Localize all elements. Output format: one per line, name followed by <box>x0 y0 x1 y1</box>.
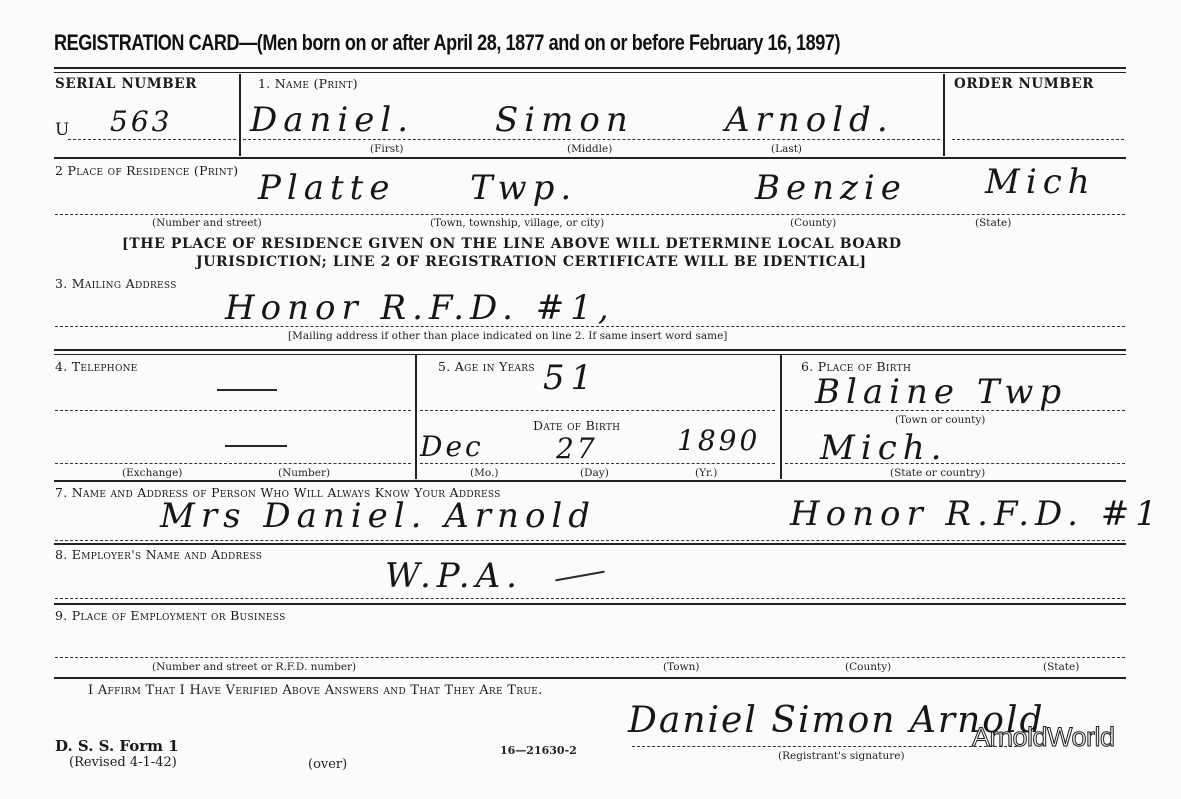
birthplace-town-value[interactable]: Blaine Twp <box>815 372 1067 412</box>
birthplace-state-value[interactable]: Mich. <box>820 428 947 468</box>
card-title: REGISTRATION CARD—(Men born on or after … <box>54 30 840 56</box>
residence-county-value[interactable]: Benzie <box>755 168 907 208</box>
over-label: (over) <box>308 757 347 772</box>
caption-year: (Yr.) <box>695 467 717 479</box>
employer-dash <box>555 571 605 582</box>
contact-name-value[interactable]: Mrs Daniel. Arnold <box>160 496 596 536</box>
row-rule <box>54 157 1126 159</box>
caption-month: (Mo.) <box>470 467 498 479</box>
caption-town: (Town, township, village, or city) <box>430 217 604 229</box>
dob-line <box>420 463 775 464</box>
age-line <box>420 410 775 411</box>
serial-prefix: U <box>55 120 70 140</box>
signature-line <box>632 746 1017 747</box>
caption-county: (County) <box>790 217 836 229</box>
caption-first: (First) <box>370 143 403 155</box>
dob-day-value[interactable]: 27 <box>556 432 598 465</box>
row-rule <box>54 603 1126 605</box>
row-rule <box>54 349 1126 351</box>
caption-street: (Number and street) <box>152 217 262 229</box>
serial-number-label: SERIAL NUMBER <box>55 76 197 92</box>
residence-street-value[interactable]: Platte <box>258 168 395 208</box>
mailing-line <box>55 326 1125 327</box>
employer-label: 8. Employer's Name and Address <box>55 547 262 562</box>
name-first-value[interactable]: Daniel. <box>250 100 414 140</box>
dob-year-value[interactable]: 1890 <box>677 424 760 457</box>
caption-state: (State) <box>975 217 1011 229</box>
birthplace-line-1 <box>785 410 1125 411</box>
contact-address-value[interactable]: Honor R.F.D. #1 <box>790 494 1163 534</box>
telephone-label: 4. Telephone <box>55 359 138 374</box>
caption-emp-state: (State) <box>1043 661 1079 673</box>
caption-emp-town: (Town) <box>663 661 699 673</box>
name-middle-value[interactable]: Simon <box>495 100 634 140</box>
residence-notice-2: JURISDICTION; LINE 2 OF REGISTRATION CER… <box>196 254 867 270</box>
caption-signature: (Registrant's signature) <box>778 750 905 762</box>
telephone-number-value[interactable] <box>225 445 287 447</box>
telephone-exchange-value[interactable] <box>217 389 277 391</box>
caption-birth-state: (State or country) <box>890 467 985 479</box>
order-number-line <box>952 139 1124 140</box>
row-rule <box>54 480 1126 482</box>
caption-exchange: (Exchange) <box>122 467 182 479</box>
residence-line <box>55 214 1125 215</box>
divider <box>943 74 945 156</box>
dob-month-value[interactable]: Dec <box>420 430 484 463</box>
print-code: 16—21630-2 <box>500 744 577 757</box>
mailing-address-label: 3. Mailing Address <box>55 276 177 291</box>
row-rule <box>54 677 1126 679</box>
residence-town-value[interactable]: Twp. <box>470 168 577 208</box>
employment-label: 9. Place of Employment or Business <box>55 608 286 623</box>
form-revised: (Revised 4-1-42) <box>55 755 179 770</box>
caption-birth-town: (Town or county) <box>895 414 985 426</box>
affirmation-text: I Affirm That I Have Verified Above Answ… <box>88 683 543 698</box>
name-label: 1. Name (Print) <box>258 76 358 91</box>
form-name: D. S. S. Form 1 <box>55 737 179 755</box>
name-last-value[interactable]: Arnold. <box>725 100 894 140</box>
residence-label: 2 Place of Residence (Print) <box>55 163 238 178</box>
mailing-address-value[interactable]: Honor R.F.D. #1, <box>225 288 615 328</box>
caption-last: (Last) <box>771 143 802 155</box>
employer-line <box>55 598 1125 599</box>
form-id-block: D. S. S. Form 1 (Revised 4-1-42) <box>55 737 179 770</box>
top-rule-inner <box>54 72 1126 73</box>
caption-day: (Day) <box>580 467 609 479</box>
serial-number-value[interactable]: 563 <box>110 105 172 138</box>
residence-notice-1: [THE PLACE OF RESIDENCE GIVEN ON THE LIN… <box>122 236 902 252</box>
employment-line <box>55 657 1125 658</box>
name-line <box>243 139 940 140</box>
divider <box>780 355 782 479</box>
employer-value[interactable]: W.P.A. <box>385 556 523 596</box>
top-rule <box>54 67 1126 69</box>
caption-number: (Number) <box>278 467 330 479</box>
telephone-line-1 <box>55 410 411 411</box>
caption-emp-county: (County) <box>845 661 891 673</box>
date-of-birth-label: Date of Birth <box>533 418 620 433</box>
age-value[interactable]: 51 <box>543 358 598 398</box>
residence-state-value[interactable]: Mich <box>985 162 1096 202</box>
telephone-line-2 <box>55 463 411 464</box>
caption-emp-street: (Number and street or R.F.D. number) <box>152 661 356 673</box>
contact-line <box>55 540 1125 541</box>
row-rule-inner <box>54 354 1126 355</box>
caption-middle: (Middle) <box>567 143 612 155</box>
divider <box>415 355 417 479</box>
watermark: ArnoldWorld <box>972 722 1115 753</box>
order-number-label: ORDER NUMBER <box>954 76 1094 92</box>
birthplace-line-2 <box>785 463 1125 464</box>
age-label: 5. Age in Years <box>438 359 535 374</box>
divider <box>239 74 241 156</box>
mailing-caption: [Mailing address if other than place ind… <box>288 330 727 342</box>
serial-line <box>68 139 236 140</box>
row-rule <box>54 543 1126 545</box>
